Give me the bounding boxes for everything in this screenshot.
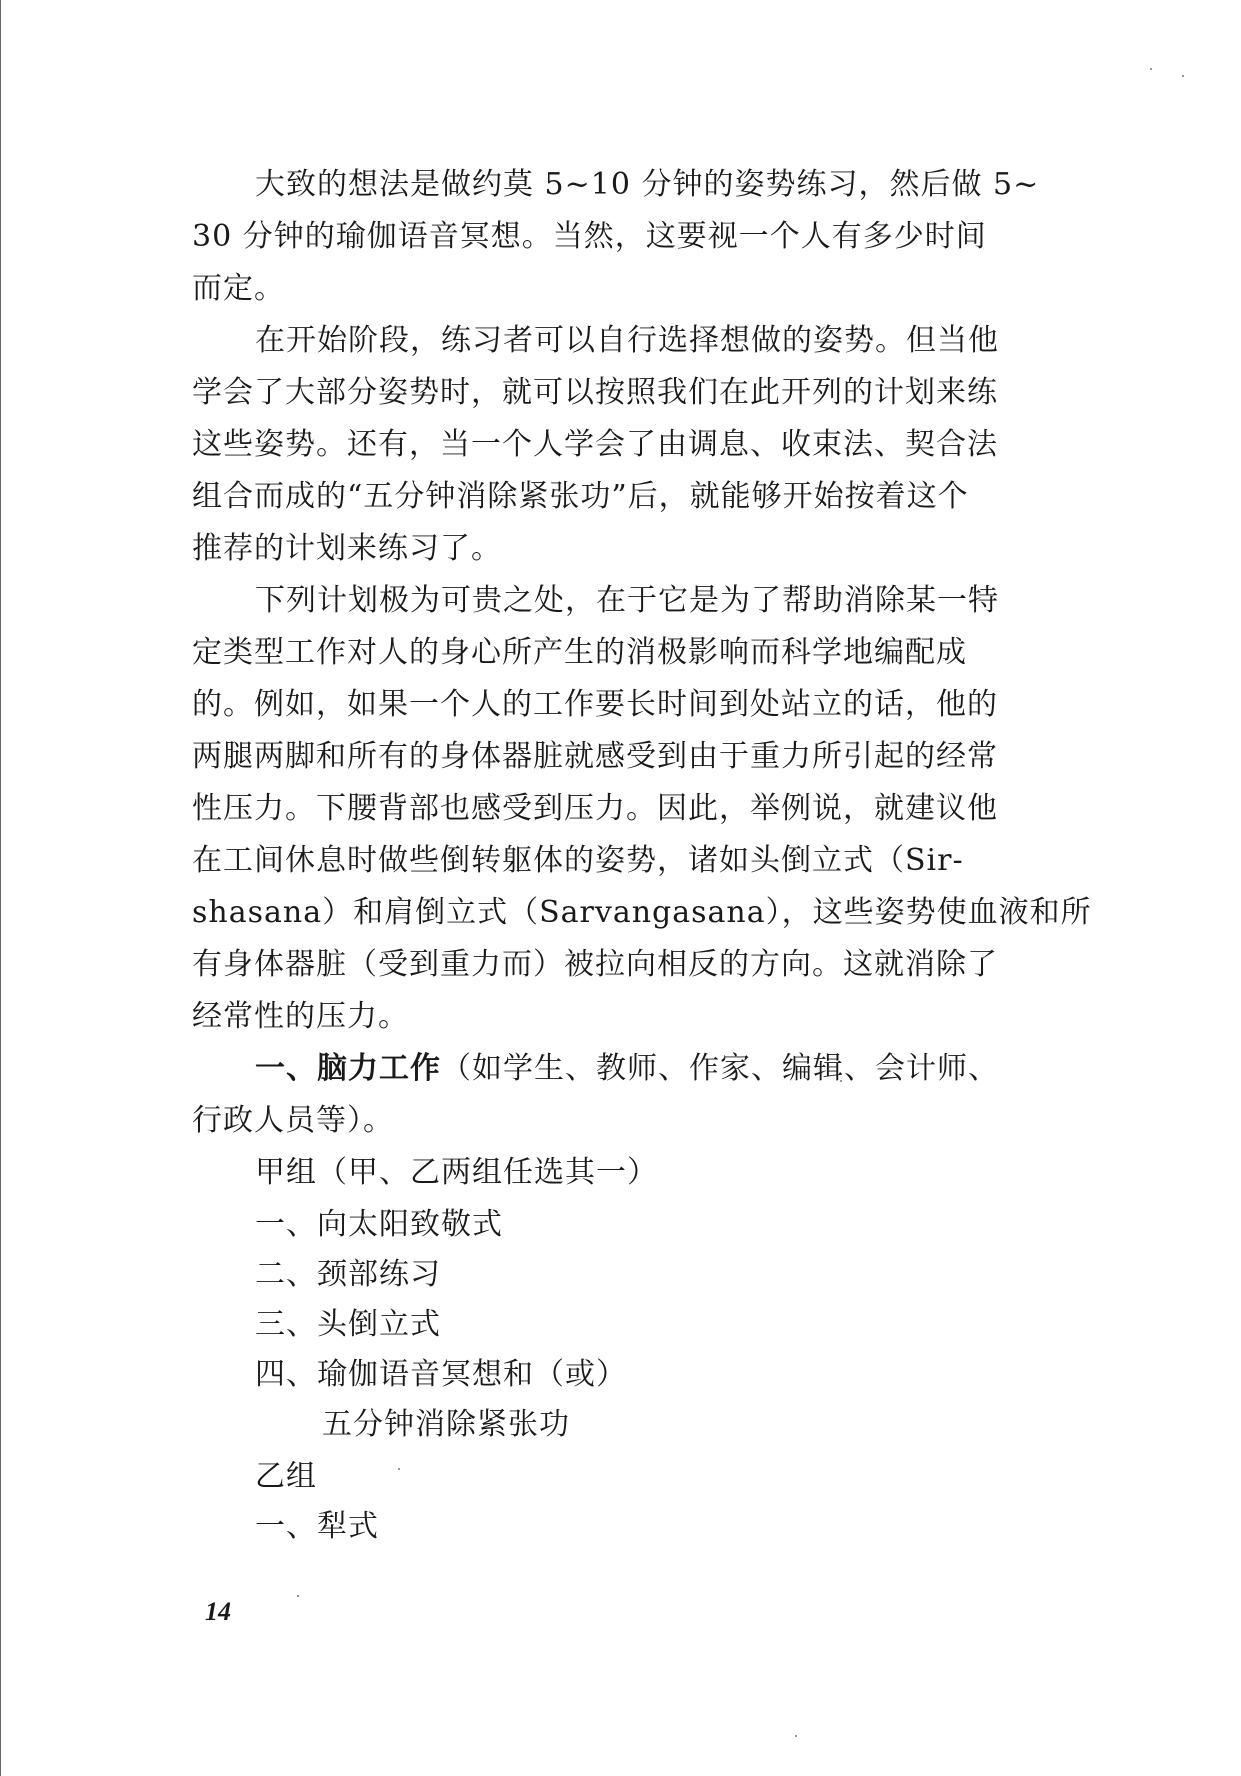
paragraph-line: 有身体器脏（受到重力而）被拉向相反的方向。这就消除了: [192, 945, 998, 985]
scan-speck: [398, 1468, 400, 1470]
paragraph-line: 而定。: [192, 269, 285, 309]
scan-speck: [1182, 75, 1184, 77]
paragraph-line: 大致的想法是做约莫 5~10 分钟的姿势练习，然后做 5~: [255, 165, 1039, 205]
group-b-item: 一、犁式: [255, 1507, 379, 1547]
paragraph-line: 性压力。下腰背部也感受到压力。因此，举例说，就建议他: [192, 789, 998, 829]
group-a-title: 甲组（甲、乙两组任选其一）: [255, 1153, 658, 1193]
scan-speck: [297, 1595, 299, 1597]
paragraph-line: 两腿两脚和所有的身体器脏就感受到由于重力所引起的经常: [192, 737, 998, 777]
paragraph-line: 30 分钟的瑜伽语音冥想。当然，这要视一个人有多少时间: [192, 217, 987, 257]
paragraph-line: shasana）和肩倒立式（Sarvangasana），这些姿势使血液和所: [192, 893, 1092, 933]
group-a-item: 四、瑜伽语音冥想和（或）: [255, 1355, 627, 1395]
page-number: 14: [205, 1597, 231, 1627]
paragraph-line: 这些姿势。还有，当一个人学会了由调息、收束法、契合法: [192, 425, 998, 465]
group-a-item: 二、颈部练习: [255, 1255, 441, 1295]
group-a-item: 一、向太阳致敬式: [255, 1205, 503, 1245]
group-a-item: 三、头倒立式: [255, 1305, 441, 1345]
paragraph-line: 在工间休息时做些倒转躯体的姿势，诸如头倒立式（Sir-: [192, 841, 964, 881]
paragraph-line: 的。例如，如果一个人的工作要长时间到处站立的话，他的: [192, 685, 998, 725]
scan-speck: [795, 1735, 797, 1737]
paragraph-line: 组合而成的“五分钟消除紧张功”后，就能够开始按着这个: [192, 477, 969, 517]
section-heading-title: 一、脑力工作: [255, 1051, 441, 1086]
paragraph-line: 经常性的压力。: [192, 997, 409, 1037]
group-a-item-continuation: 五分钟消除紧张功: [322, 1405, 570, 1445]
paragraph-line: 在开始阶段，练习者可以自行选择想做的姿势。但当他: [255, 321, 999, 361]
section-heading-continuation: 行政人员等）。: [192, 1101, 394, 1141]
paragraph-line: 推荐的计划来练习了。: [192, 529, 502, 569]
scan-speck: [1150, 68, 1152, 70]
paragraph-line: 学会了大部分姿势时，就可以按照我们在此开列的计划来练: [192, 373, 998, 413]
section-heading: 一、脑力工作（如学生、教师、作家、编辑、会计师、: [255, 1049, 999, 1089]
group-b-title: 乙组: [255, 1457, 317, 1497]
paragraph-line: 下列计划极为可贵之处，在于它是为了帮助消除某一特: [255, 581, 999, 621]
scan-speck: [840, 1080, 842, 1082]
paragraph-line: 定类型工作对人的身心所产生的消极影响而科学地编配成: [192, 633, 967, 673]
section-heading-description: （如学生、教师、作家、编辑、会计师、: [441, 1051, 999, 1086]
page-edge: [0, 0, 1, 1776]
